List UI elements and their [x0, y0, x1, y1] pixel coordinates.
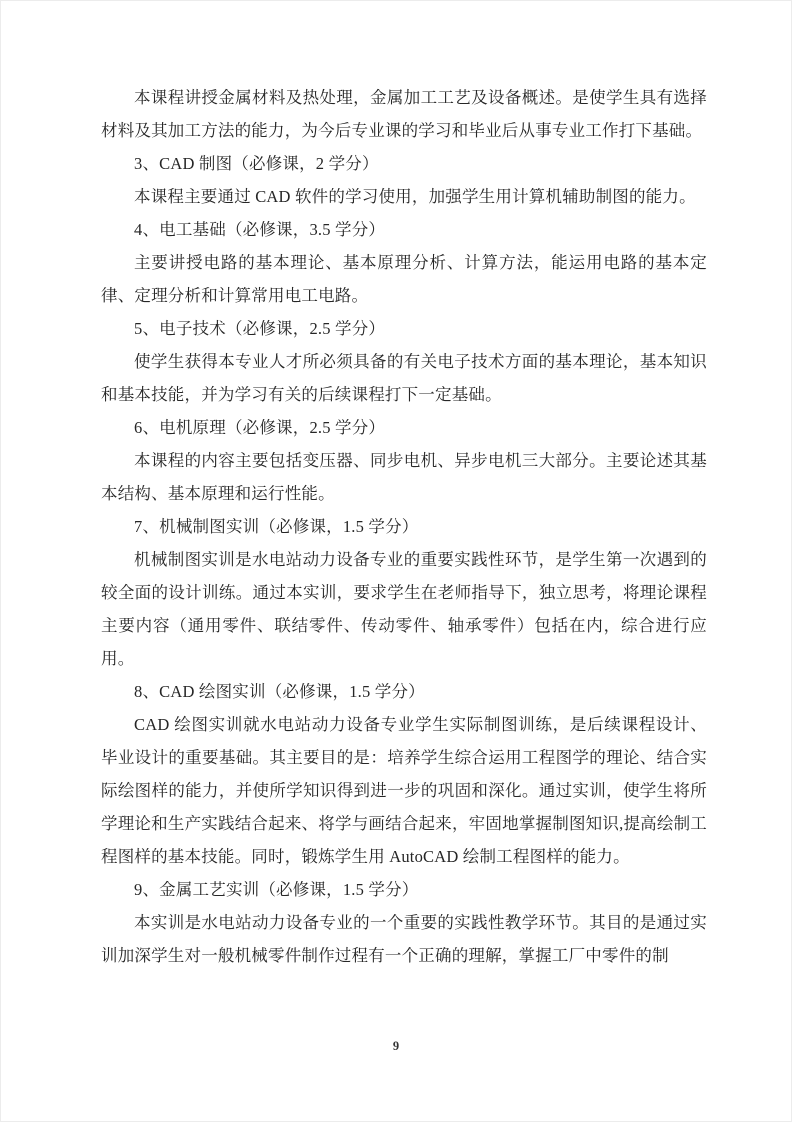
paragraph: 本实训是水电站动力设备专业的一个重要的实践性教学环节。其目的是通过实训加深学生对… — [101, 906, 707, 972]
paragraph: 本课程的内容主要包括变压器、同步电机、异步电机三大部分。主要论述其基本结构、基本… — [101, 444, 707, 510]
page-number: 9 — [393, 1039, 399, 1053]
page-content: 本课程讲授金属材料及热处理，金属加工工艺及设备概述。是使学生具有选择材料及其加工… — [101, 81, 707, 972]
paragraph: 本课程主要通过 CAD 软件的学习使用，加强学生用计算机辅助制图的能力。 — [101, 180, 707, 213]
course-heading: 8、CAD 绘图实训（必修课，1.5 学分） — [101, 675, 707, 708]
course-heading: 5、电子技术（必修课，2.5 学分） — [101, 312, 707, 345]
course-heading: 4、电工基础（必修课，3.5 学分） — [101, 213, 707, 246]
paragraph: 本课程讲授金属材料及热处理，金属加工工艺及设备概述。是使学生具有选择材料及其加工… — [101, 81, 707, 147]
paragraph: CAD 绘图实训就水电站动力设备专业学生实际制图训练，是后续课程设计、毕业设计的… — [101, 708, 707, 873]
course-heading: 3、CAD 制图（必修课，2 学分） — [101, 147, 707, 180]
course-heading: 7、机械制图实训（必修课，1.5 学分） — [101, 510, 707, 543]
page-footer: 9 — [1, 1038, 791, 1054]
paragraph: 主要讲授电路的基本理论、基本原理分析、计算方法，能运用电路的基本定律、定理分析和… — [101, 246, 707, 312]
course-heading: 9、金属工艺实训（必修课，1.5 学分） — [101, 873, 707, 906]
paragraph: 使学生获得本专业人才所必须具备的有关电子技术方面的基本理论，基本知识和基本技能，… — [101, 345, 707, 411]
document-page: { "document": { "paragraphs": [ { "type"… — [0, 0, 792, 1122]
paragraph: 机械制图实训是水电站动力设备专业的重要实践性环节，是学生第一次遇到的较全面的设计… — [101, 543, 707, 675]
course-heading: 6、电机原理（必修课，2.5 学分） — [101, 411, 707, 444]
